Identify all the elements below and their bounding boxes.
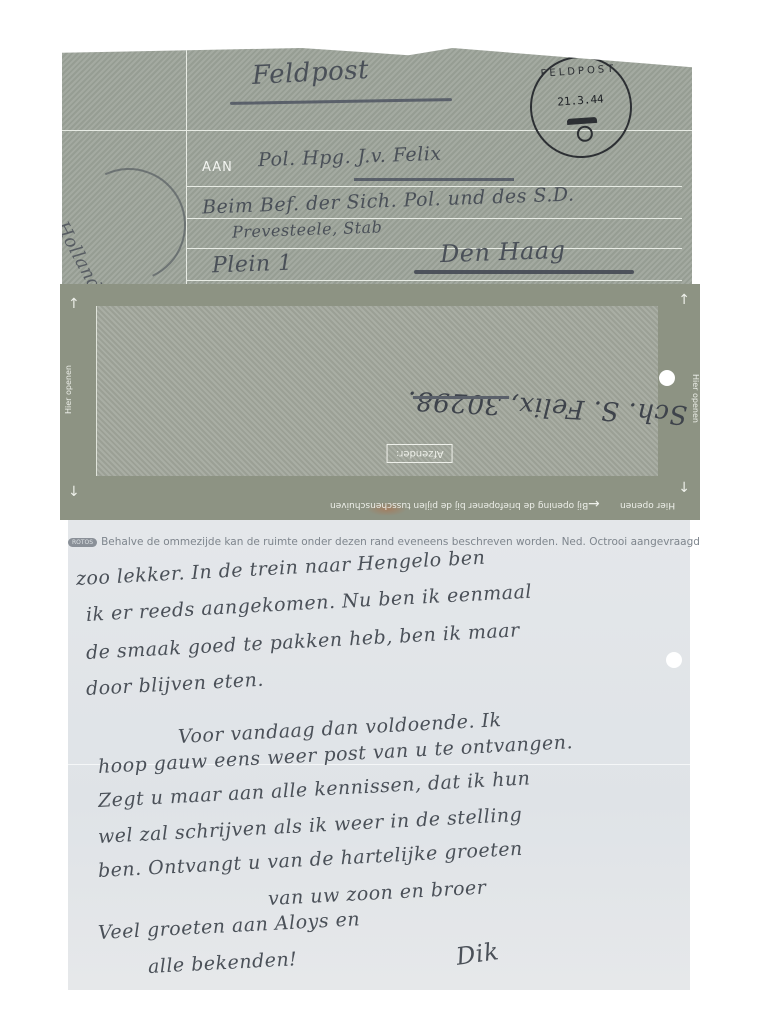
open-here-label-right: Hier openen	[691, 374, 700, 423]
arrow-up-icon: ↑	[678, 292, 690, 308]
printed-notice: ROTOSBehalve de ommezijde kan de ruimte …	[68, 536, 700, 548]
letter-line: ik er reeds aangekomen. Nu ben ik eenmaa…	[85, 581, 532, 626]
letter-line: Veel groeten aan Aloys en	[97, 908, 360, 944]
recipient-line-4: Plein 1	[212, 251, 293, 279]
postmark-top-text: FELDPOST	[529, 63, 628, 81]
signature: Dik	[454, 937, 500, 971]
notice-badge: ROTOS	[68, 538, 97, 547]
sender-handwriting: Sch. S. Felix, 30298.	[406, 385, 688, 430]
heading-underline	[230, 98, 452, 105]
recipient-city: Den Haag	[440, 236, 566, 268]
address-panel: Holland Feldpost FELDPOST 21.3.44 AAN Po…	[62, 48, 692, 288]
address-rule	[186, 186, 682, 187]
punch-hole	[659, 370, 675, 386]
sender-underline	[413, 396, 509, 399]
letter-line: zoo lekker. In de trein naar Hengelo ben	[75, 547, 485, 590]
recipient-underline	[354, 178, 514, 181]
feldpost-heading: Feldpost	[251, 55, 369, 91]
sender-label: Afzender:	[387, 444, 453, 463]
flap-inner-panel: Afzender: Sch. S. Felix, 30298.	[96, 306, 658, 476]
letter-line: alle bekenden!	[147, 948, 297, 978]
aan-label: AAN	[202, 160, 233, 175]
recipient-line-2: Beim Bef. der Sich. Pol. und des S.D.	[202, 184, 575, 219]
arrow-right-icon: →	[588, 496, 600, 512]
letter-line: door blijven eten.	[85, 669, 264, 700]
arrow-up-icon: ↑	[68, 296, 80, 312]
letter-body: ROTOSBehalve de ommezijde kan de ruimte …	[68, 520, 690, 990]
postmark: FELDPOST 21.3.44	[527, 53, 636, 162]
notice-text: Behalve de ommezijde kan de ruimte onder…	[101, 536, 700, 548]
open-here-label-left: Hier openen	[64, 365, 73, 414]
address-rule	[186, 218, 682, 219]
opening-instruction: Bij opening de briefopener bij de pijlen…	[330, 500, 588, 510]
panel-divider-vertical	[186, 48, 187, 288]
address-rule	[186, 248, 682, 249]
punch-hole	[666, 652, 682, 668]
recipient-line-1: Pol. Hpg. J.v. Felix	[258, 143, 442, 171]
arrow-down-icon: ↓	[68, 484, 80, 500]
postmark-emblem-icon	[567, 113, 599, 143]
postmark-date: 21.3.44	[531, 91, 630, 111]
arrow-down-icon: ↓	[678, 480, 690, 496]
city-underline	[414, 270, 634, 274]
letter-line: van uw zoon en broer	[267, 877, 486, 910]
recipient-line-3: Prevesteele, Stab	[232, 217, 383, 241]
open-here-label-bottom: Hier openen	[620, 500, 675, 510]
letter-line: de smaak goed te pakken heb, ben ik maar	[85, 619, 520, 664]
sealing-flap: Afzender: Sch. S. Felix, 30298. ↑ ↓ Hier…	[60, 284, 700, 520]
address-rule	[186, 280, 682, 281]
